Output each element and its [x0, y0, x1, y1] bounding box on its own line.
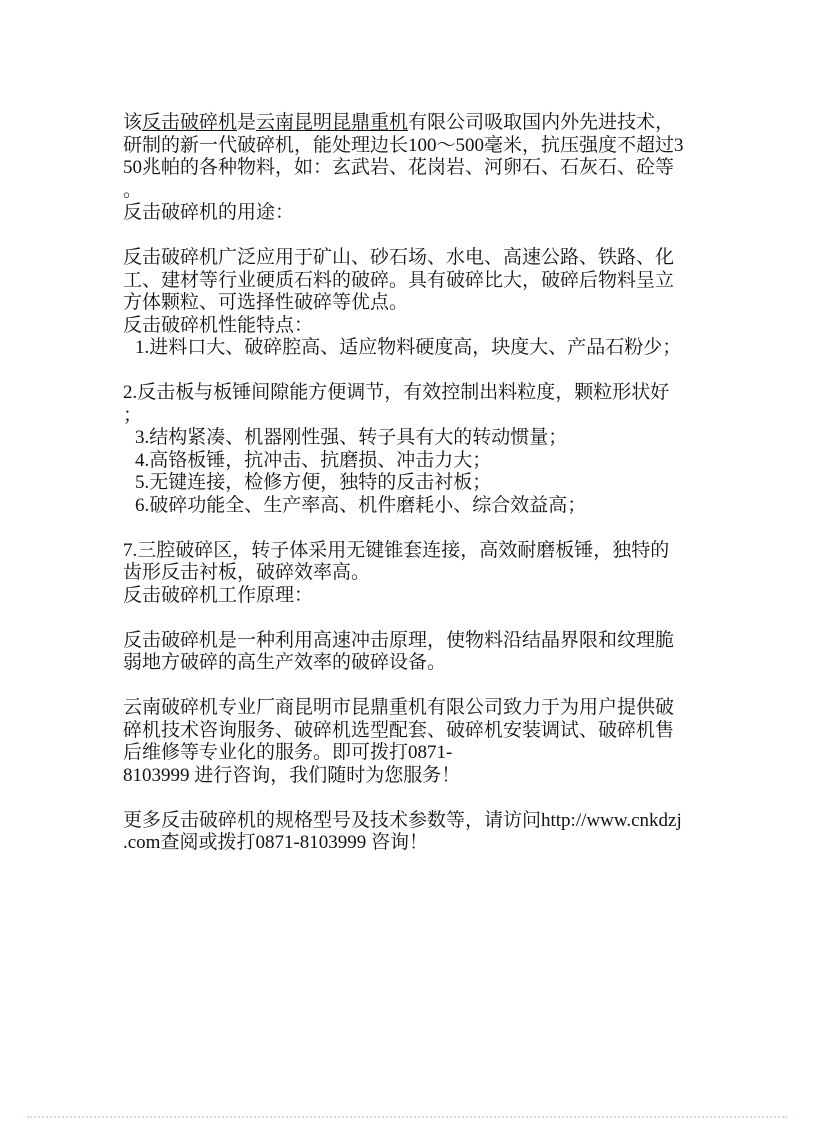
text-line: 后维修等专业化的服务。即可拨打0871- [123, 742, 701, 765]
text-segment: 4.高铬板锤，抗冲击、抗磨损、冲击力大； [135, 450, 491, 471]
text-segment: 50兆帕的各种物料，如：玄武岩、花岗岩、河卵石、石灰石、砼等 [123, 157, 674, 178]
text-line: 1.进料口大、破碎腔高、适应物料硬度高，块度大、产品石粉少； [123, 337, 701, 360]
text-segment: 研制的新一代破碎机，能处理边长100～500毫米，抗压强度不超过3 [123, 135, 684, 156]
text-segment: 反击破碎机性能特点： [123, 315, 313, 336]
text-segment: 方体颗粒、可选择性破碎等优点。 [123, 292, 408, 313]
text-segment: 更多反击破碎机的规格型号及技术参数等，请访问http://www.cnkdzj [123, 810, 682, 831]
text-segment: 8103999 进行咨询，我们随时为您服务！ [123, 765, 460, 786]
text-line: 。 [123, 180, 701, 203]
text-segment: 反击破碎机工作原理： [123, 585, 313, 606]
text-segment: 反击破碎机是一种利用高速冲击原理，使物料沿结晶界限和纹理脆 [123, 630, 674, 651]
text-segment: 有限公司吸取国内外先进技术， [408, 112, 674, 133]
text-segment: 该 [123, 112, 142, 133]
text-line: 方体颗粒、可选择性破碎等优点。 [123, 292, 701, 315]
text-segment: 云南破碎机专业厂商昆明市昆鼎重机有限公司致力于为用户提供破 [123, 697, 674, 718]
text-line: 4.高铬板锤，抗冲击、抗磨损、冲击力大； [123, 450, 701, 473]
footer-divider [27, 1116, 787, 1118]
text-line: 研制的新一代破碎机，能处理边长100～500毫米，抗压强度不超过3 [123, 135, 701, 158]
text-segment: 1.进料口大、破碎腔高、适应物料硬度高，块度大、产品石粉少； [135, 337, 681, 358]
text-line: 50兆帕的各种物料，如：玄武岩、花岗岩、河卵石、石灰石、砼等 [123, 157, 701, 180]
text-line: 弱地方破碎的高生产效率的破碎设备。 [123, 652, 701, 675]
text-segment: 6.破碎功能全、生产率高、机件磨耗小、综合效益高； [135, 495, 586, 516]
text-line: 碎机技术咨询服务、破碎机选型配套、破碎机安装调试、破碎机售 [123, 720, 701, 743]
text-line: 3.结构紧凑、机器刚性强、转子具有大的转动惯量； [123, 427, 701, 450]
blank-line [123, 787, 701, 810]
text-line: 7.三腔破碎区，转子体采用无键锥套连接，高效耐磨板锤，独特的 [123, 540, 701, 563]
text-line: 反击破碎机性能特点： [123, 315, 701, 338]
underlined-link-text[interactable]: 反击破碎机 [142, 112, 237, 133]
text-segment: 反击破碎机广泛应用于矿山、砂石场、水电、高速公路、铁路、化 [123, 247, 674, 268]
text-segment: 是 [237, 112, 256, 133]
text-line: 6.破碎功能全、生产率高、机件磨耗小、综合效益高； [123, 495, 701, 518]
text-line: 齿形反击衬板，破碎效率高。 [123, 562, 701, 585]
text-segment: 5.无键连接，检修方便，独特的反击衬板； [135, 472, 491, 493]
text-segment: 齿形反击衬板，破碎效率高。 [123, 562, 370, 583]
text-segment: 工、建材等行业硬质石料的破碎。具有破碎比大，破碎后物料呈立 [123, 270, 674, 291]
text-segment: 碎机技术咨询服务、破碎机选型配套、破碎机安装调试、破碎机售 [123, 720, 674, 741]
text-segment: 后维修等专业化的服务。即可拨打0871- [123, 742, 452, 763]
text-line: 反击破碎机是一种利用高速冲击原理，使物料沿结晶界限和纹理脆 [123, 630, 701, 653]
text-segment: 3.结构紧凑、机器刚性强、转子具有大的转动惯量； [135, 427, 567, 448]
text-segment: ； [123, 405, 142, 426]
blank-line [123, 360, 701, 383]
text-segment: 反击破碎机的用途： [123, 202, 294, 223]
text-segment: 弱地方破碎的高生产效率的破碎设备。 [123, 652, 446, 673]
text-line: 更多反击破碎机的规格型号及技术参数等，请访问http://www.cnkdzj [123, 810, 701, 833]
text-line: 5.无键连接，检修方便，独特的反击衬板； [123, 472, 701, 495]
document-body: 该反击破碎机是云南昆明昆鼎重机有限公司吸取国内外先进技术，研制的新一代破碎机，能… [123, 112, 701, 855]
text-segment: 2.反击板与板锤间隙能方便调节，有效控制出料粒度，颗粒形状好 [123, 382, 669, 403]
text-segment: 。 [123, 180, 142, 201]
blank-line [123, 225, 701, 248]
text-line: 云南破碎机专业厂商昆明市昆鼎重机有限公司致力于为用户提供破 [123, 697, 701, 720]
text-line: 反击破碎机广泛应用于矿山、砂石场、水电、高速公路、铁路、化 [123, 247, 701, 270]
text-line: 8103999 进行咨询，我们随时为您服务！ [123, 765, 701, 788]
text-line: 反击破碎机的用途： [123, 202, 701, 225]
text-segment: .com查阅或拨打0871-8103999 咨询！ [123, 832, 428, 853]
text-line: .com查阅或拨打0871-8103999 咨询！ [123, 832, 701, 855]
blank-line [123, 517, 701, 540]
text-line: 反击破碎机工作原理： [123, 585, 701, 608]
text-segment: 7.三腔破碎区，转子体采用无键锥套连接，高效耐磨板锤，独特的 [123, 540, 669, 561]
text-line: 该反击破碎机是云南昆明昆鼎重机有限公司吸取国内外先进技术， [123, 112, 701, 135]
underlined-link-text[interactable]: 云南昆明昆鼎重机 [256, 112, 408, 133]
blank-line [123, 607, 701, 630]
text-line: ； [123, 405, 701, 428]
blank-line [123, 675, 701, 698]
text-line: 2.反击板与板锤间隙能方便调节，有效控制出料粒度，颗粒形状好 [123, 382, 701, 405]
text-line: 工、建材等行业硬质石料的破碎。具有破碎比大，破碎后物料呈立 [123, 270, 701, 293]
